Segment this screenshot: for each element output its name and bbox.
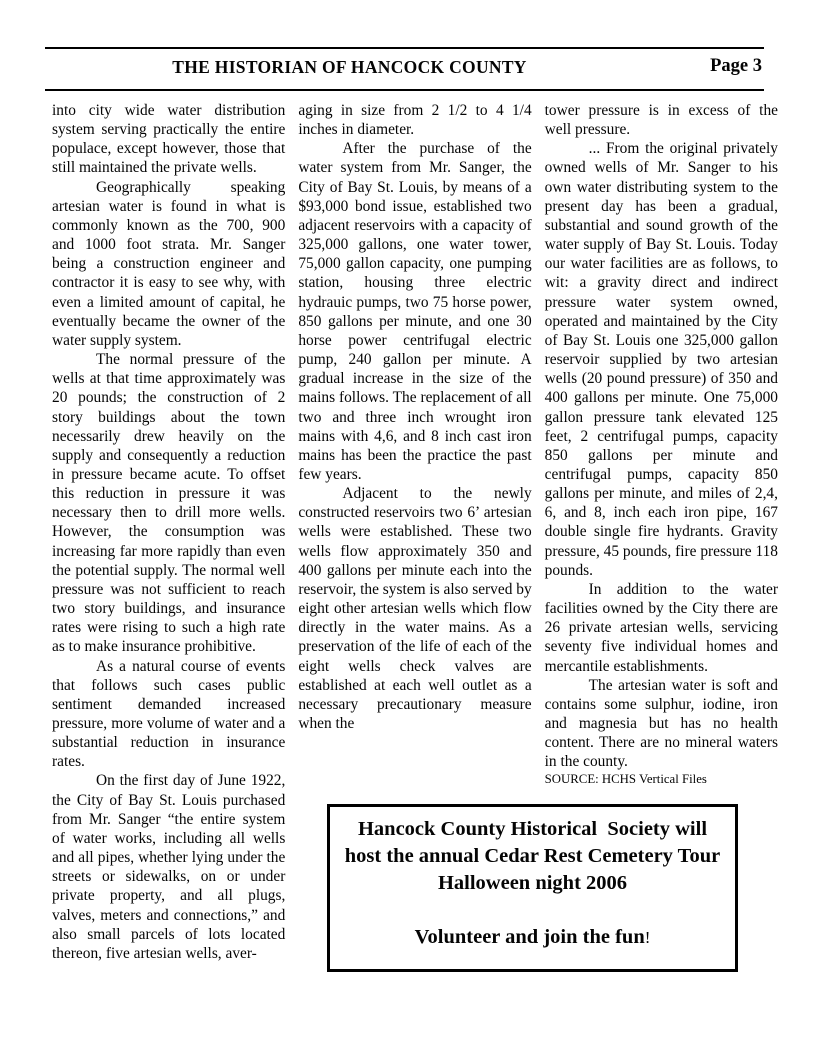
paragraph: In addition to the water facilities owne… bbox=[545, 580, 778, 676]
newsletter-page: THE HISTORIAN OF HANCOCK COUNTY Page 3 i… bbox=[0, 0, 816, 1056]
announcement-line: Hancock County Historical Society will bbox=[330, 816, 735, 843]
paragraph: aging in size from 2 1/2 to 4 1/4 inches… bbox=[298, 101, 531, 139]
cta-exclamation: ! bbox=[645, 928, 651, 947]
paragraph: The artesian water is soft and contains … bbox=[545, 676, 778, 772]
paragraph: Adjacent to the newly constructed reserv… bbox=[298, 484, 531, 733]
paragraph: As a natural course of events that follo… bbox=[52, 657, 285, 772]
page-number: Page 3 bbox=[710, 56, 762, 77]
paragraph: On the first day of June 1922, the City … bbox=[52, 771, 285, 963]
announcement-cta: Volunteer and join the fun! bbox=[330, 924, 735, 951]
cta-text: Volunteer and join the fun bbox=[415, 926, 645, 948]
source-citation: SOURCE: HCHS Vertical Files bbox=[545, 771, 778, 787]
announcement-box: Hancock County Historical Society will h… bbox=[327, 804, 738, 972]
paragraph: Geographically speaking artesian water i… bbox=[52, 178, 285, 350]
paragraph: into city wide water distribution system… bbox=[52, 101, 285, 178]
header-bottom-rule bbox=[45, 89, 764, 91]
announcement-line: host the annual Cedar Rest Cemetery Tour bbox=[330, 843, 735, 870]
column-1: into city wide water distribution system… bbox=[52, 101, 285, 963]
masthead: THE HISTORIAN OF HANCOCK COUNTY Page 3 bbox=[45, 49, 764, 89]
page-title: THE HISTORIAN OF HANCOCK COUNTY bbox=[45, 57, 654, 78]
paragraph: After the purchase of the water system f… bbox=[298, 139, 531, 484]
paragraph: tower pressure is in excess of the well … bbox=[545, 101, 778, 139]
announcement-line: Halloween night 2006 bbox=[330, 870, 735, 897]
paragraph: ... From the original privately owned we… bbox=[545, 139, 778, 580]
paragraph: The normal pressure of the wells at that… bbox=[52, 350, 285, 657]
